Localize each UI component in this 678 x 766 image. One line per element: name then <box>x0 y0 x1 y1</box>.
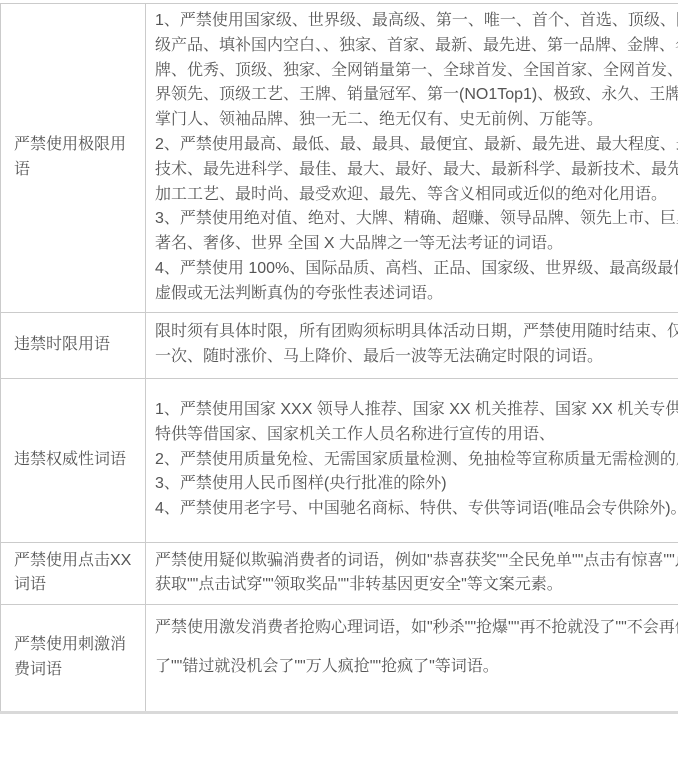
category-label: 严禁使用点击XX 词语 <box>14 552 131 594</box>
category-label: 严禁使用刺激消费词语 <box>14 636 126 678</box>
detail-paragraph: 1、严禁使用国家 XXX 领导人推荐、国家 XX 机关推荐、国家 XX 机关专供… <box>155 398 678 448</box>
table-row-extreme-terms: 严禁使用极限用语 1、严禁使用国家级、世界级、最高级、第一、唯一、首个、首选、顶… <box>1 4 678 313</box>
detail-paragraph: 2、严禁使用最高、最低、最、最具、最便宜、最新、最先进、最大程度、最新技术、最先… <box>155 133 678 207</box>
detail-paragraph: 严禁使用疑似欺骗消费者的词语，例如"恭喜获奖""全民免单""点击有惊喜""点击获… <box>155 549 678 599</box>
category-label-cell: 严禁使用点击XX 词语 <box>1 542 146 605</box>
category-detail-cell: 严禁使用激发消费者抢购心理词语，如"秒杀""抢爆""再不抢就没了""不会再便宜了… <box>146 605 678 713</box>
category-label-cell: 严禁使用刺激消费词语 <box>1 605 146 713</box>
page-body: 严禁使用极限用语 1、严禁使用国家级、世界级、最高级、第一、唯一、首个、首选、顶… <box>0 0 678 714</box>
category-detail-cell: 严禁使用疑似欺骗消费者的词语，例如"恭喜获奖""全民免单""点击有惊喜""点击获… <box>146 542 678 605</box>
table-row-authority-terms: 违禁权威性词语 1、严禁使用国家 XXX 领导人推荐、国家 XX 机关推荐、国家… <box>1 378 678 542</box>
category-label: 违禁时限用语 <box>14 336 110 353</box>
category-detail-cell: 1、严禁使用国家 XXX 领导人推荐、国家 XX 机关推荐、国家 XX 机关专供… <box>146 378 678 542</box>
detail-paragraph: 3、严禁使用绝对值、绝对、大牌、精确、超赚、领导品牌、领先上市、巨星、著名、奢侈… <box>155 207 678 257</box>
category-detail-cell: 限时须有具体时限，所有团购须标明具体活动日期，严禁使用随时结束、仅此一次、随时涨… <box>146 312 678 378</box>
category-detail-cell: 1、严禁使用国家级、世界级、最高级、第一、唯一、首个、首选、顶级、国家级产品、填… <box>146 4 678 313</box>
table-row-urgency-terms: 严禁使用刺激消费词语 严禁使用激发消费者抢购心理词语，如"秒杀""抢爆""再不抢… <box>1 605 678 713</box>
detail-paragraph: 4、严禁使用 100%、国际品质、高档、正品、国家级、世界级、最高级最佳等虚假或… <box>155 257 678 307</box>
detail-paragraph: 4、严禁使用老字号、中国驰名商标、特供、专供等词语(唯品会专供除外)。 <box>155 497 678 522</box>
category-label-cell: 严禁使用极限用语 <box>1 4 146 313</box>
category-label-cell: 违禁时限用语 <box>1 312 146 378</box>
detail-paragraph: 1、严禁使用国家级、世界级、最高级、第一、唯一、首个、首选、顶级、国家级产品、填… <box>155 9 678 133</box>
detail-paragraph: 2、严禁使用质量免检、无需国家质量检测、免抽检等宣称质量无需检测的用语 <box>155 448 678 473</box>
detail-paragraph: 限时须有具体时限，所有团购须标明具体活动日期，严禁使用随时结束、仅此一次、随时涨… <box>155 320 678 370</box>
table-row-time-limit-terms: 违禁时限用语 限时须有具体时限，所有团购须标明具体活动日期，严禁使用随时结束、仅… <box>1 312 678 378</box>
detail-paragraph: 严禁使用激发消费者抢购心理词语，如"秒杀""抢爆""再不抢就没了""不会再便宜了… <box>155 609 678 686</box>
category-label: 严禁使用极限用语 <box>14 136 126 178</box>
category-label: 违禁权威性词语 <box>14 451 126 468</box>
table-row-clickbait-terms: 严禁使用点击XX 词语 严禁使用疑似欺骗消费者的词语，例如"恭喜获奖""全民免单… <box>1 542 678 605</box>
prohibited-terms-table-body: 严禁使用极限用语 1、严禁使用国家级、世界级、最高级、第一、唯一、首个、首选、顶… <box>1 4 678 713</box>
prohibited-terms-table: 严禁使用极限用语 1、严禁使用国家级、世界级、最高级、第一、唯一、首个、首选、顶… <box>0 3 678 714</box>
category-label-cell: 违禁权威性词语 <box>1 378 146 542</box>
detail-paragraph: 3、严禁使用人民币图样(央行批准的除外) <box>155 472 678 497</box>
